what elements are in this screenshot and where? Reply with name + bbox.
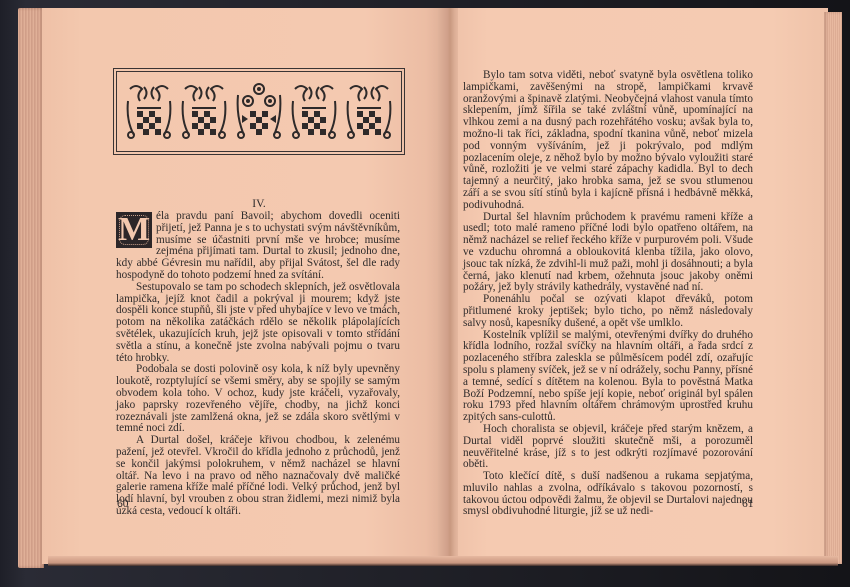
- right-paragraph-4: Kostelník vplížil se malými, otevřenými …: [463, 330, 753, 424]
- left-paragraph-3: Podobala se dosti polovině osy kola, k n…: [116, 364, 400, 435]
- right-page-body: Bylo tam sotva viděti, neboť svatyně byl…: [463, 70, 753, 518]
- paragraph-text: éla pravdu paní Bavoil; abychom dovedli …: [116, 210, 400, 281]
- bottom-page-edge: [48, 556, 838, 566]
- left-page-number: 60: [117, 498, 129, 510]
- right-page-edges: [824, 12, 842, 564]
- ornament-unit-icon: [344, 81, 394, 143]
- right-paragraph-1: Bylo tam sotva viděti, neboť svatyně byl…: [463, 70, 753, 212]
- right-paragraph-6: Toto klečící dítě, s duší nadšenou a ruk…: [463, 471, 753, 518]
- right-paragraph-3: Ponenáhlu počal se ozývati klapot dřevák…: [463, 294, 753, 329]
- left-page-edges: [18, 8, 44, 568]
- right-paragraph-5: Hoch choralista se objevil, kráčeje před…: [463, 424, 753, 471]
- left-paragraph-4: A Durtal došel, kráčeje křivou chodbou, …: [116, 435, 400, 518]
- right-paragraph-2: Durtal šel hlavním průchodem k pravému r…: [463, 212, 753, 295]
- chapter-ornament: [116, 71, 402, 152]
- ornament-unit-icon: [124, 81, 174, 143]
- left-paragraph-1: Méla pravdu paní Bavoil; abychom dovedli…: [116, 211, 400, 282]
- drop-cap-initial: M: [116, 212, 152, 248]
- left-paragraph-2: Sestupovalo se tam po schodech sklepních…: [116, 282, 400, 365]
- right-page-number: 61: [742, 498, 754, 510]
- chapter-heading: IV.: [116, 198, 402, 210]
- left-page-body: Méla pravdu paní Bavoil; abychom dovedli…: [116, 211, 400, 518]
- ornament-center-unit-icon: [234, 81, 284, 143]
- ornament-unit-icon: [179, 81, 229, 143]
- ornament-unit-icon: [289, 81, 339, 143]
